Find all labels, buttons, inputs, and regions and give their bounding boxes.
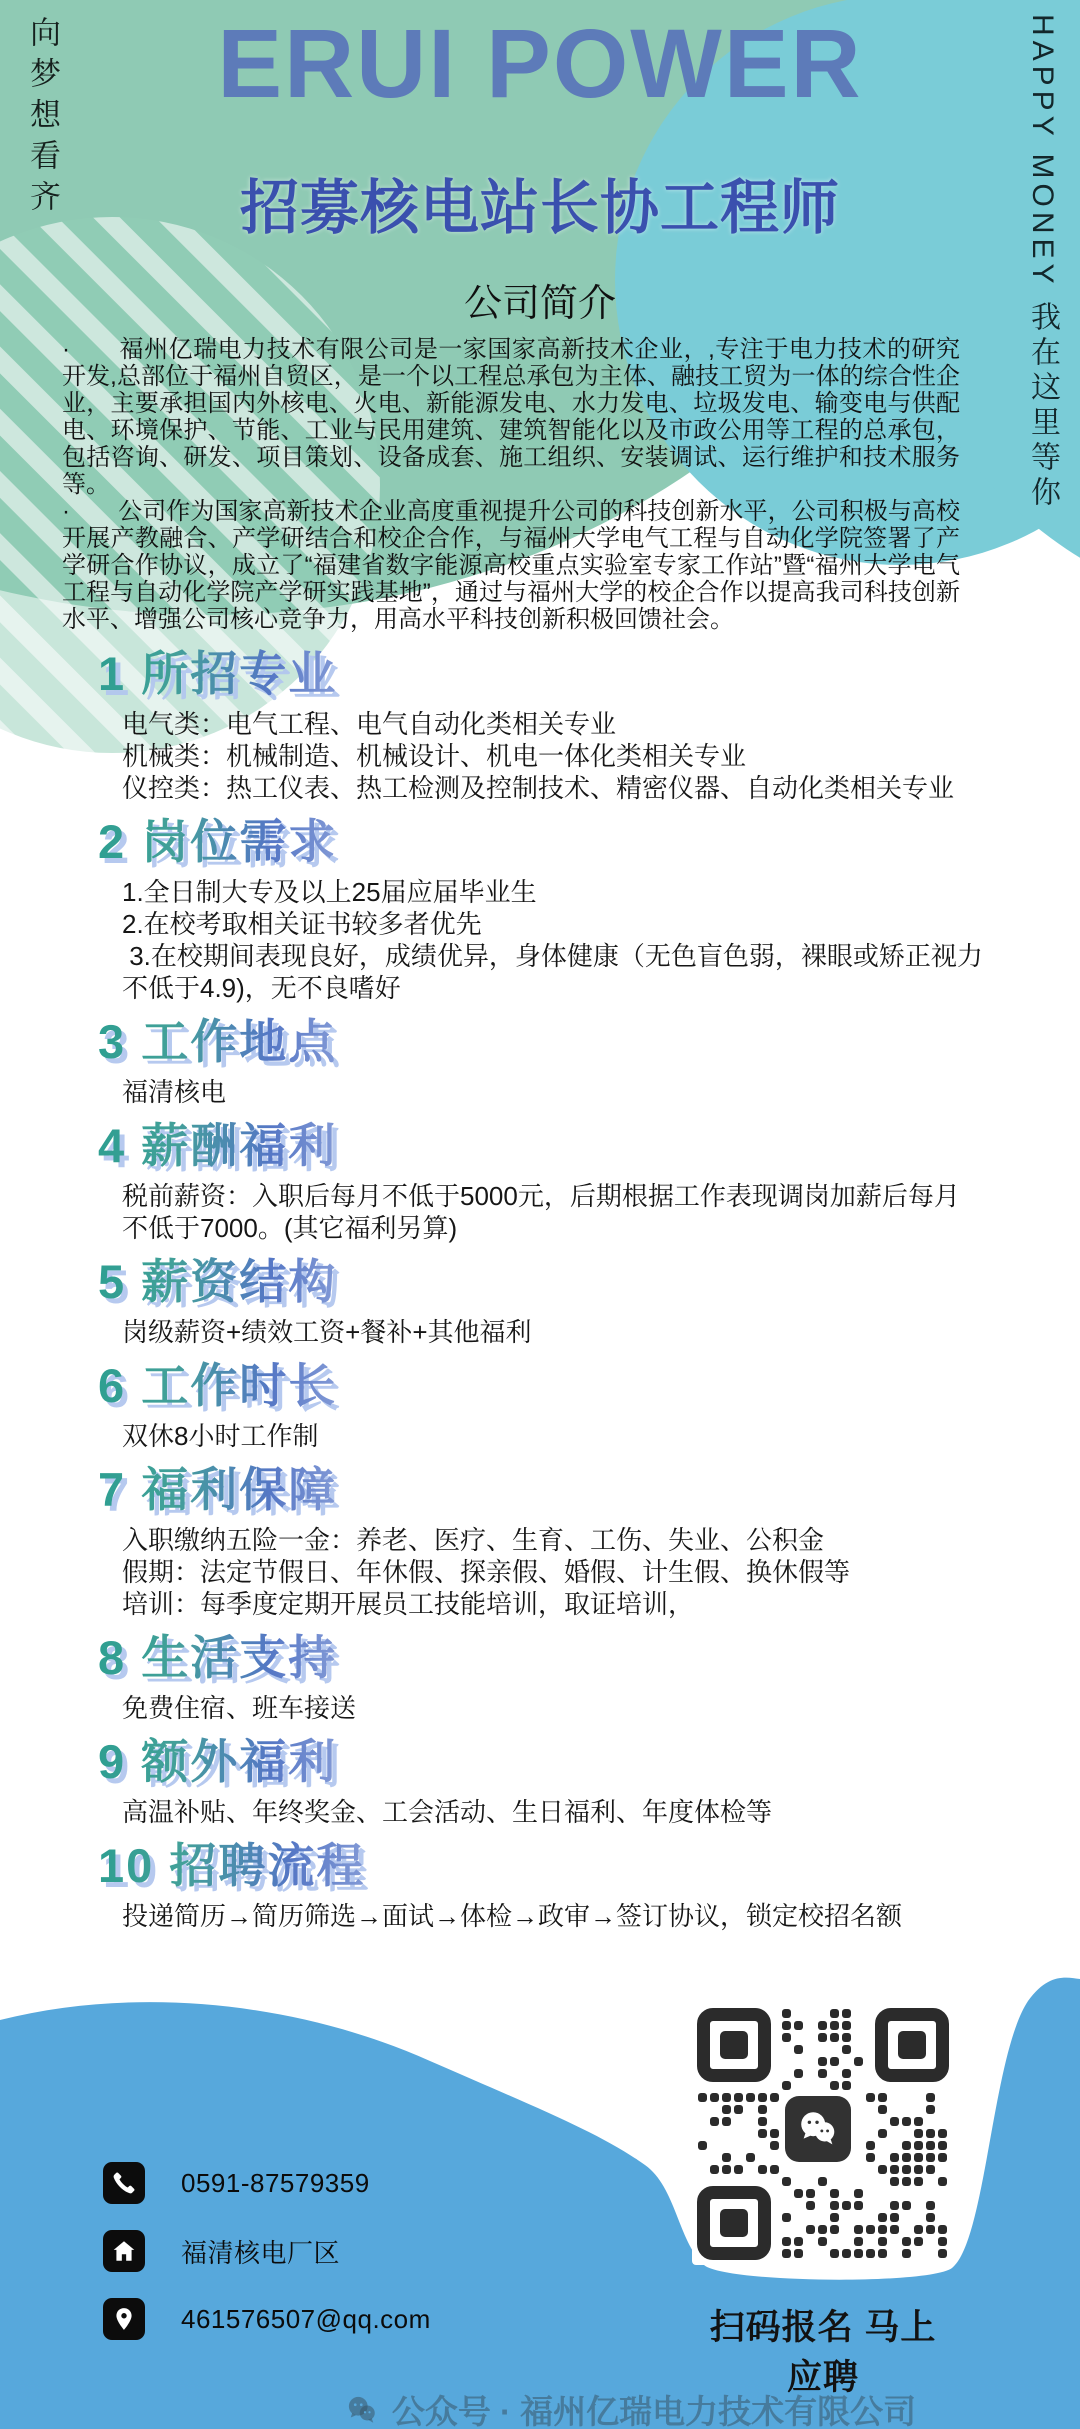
section-heading: 6 工作时长 — [98, 1360, 337, 1412]
section-9: 9 额外福利高温补贴、年终奖金、工会活动、生日福利、年度体检等 — [98, 1736, 984, 1828]
section-2: 2 岗位需求1.全日制大专及以上25届应届毕业生2.在校考取相关证书较多者优先 … — [98, 816, 984, 1004]
section-3: 3 工作地点福清核电 — [98, 1016, 984, 1108]
section-heading: 10 招聘流程 — [98, 1840, 365, 1892]
section-line: 岗级薪资+绩效工资+餐补+其他福利 — [122, 1316, 984, 1348]
section-line: 仪控类：热工仪表、热工检测及控制技术、精密仪器、自动化类相关专业 — [122, 772, 984, 804]
intro-paragraph: · 福州亿瑞电力技术有限公司是一家国家高新技术企业，,专注于电力技术的研究开发,… — [62, 336, 960, 498]
section-line: 3.在校期间表现良好，成绩优异，身体健康（无色盲色弱，裸眼或矫正视力不低于4.9… — [122, 940, 984, 1004]
contact-row-email[interactable]: 461576507@qq.com — [103, 2298, 431, 2340]
section-line: 高温补贴、年终奖金、工会活动、生日福利、年度体检等 — [122, 1796, 984, 1828]
section-line: 福清核电 — [122, 1076, 984, 1108]
email-text: 461576507@qq.com — [181, 2304, 431, 2335]
section-heading: 8 生活支持 — [98, 1632, 337, 1684]
sections-list: 1 所招专业电气类：电气工程、电气自动化类相关专业机械类：机械制造、机械设计、机… — [98, 648, 984, 1932]
section-line: 假期：法定节假日、年休假、探亲假、婚假、计生假、换休假等 — [122, 1556, 984, 1588]
company-logo-title: ERUI POWER — [0, 8, 1080, 120]
section-4: 4 薪酬福利税前薪资：入职后每月不低于5000元，后期根据工作表现调岗加薪后每月… — [98, 1120, 984, 1244]
company-intro-heading: 公司简介 — [0, 272, 1080, 327]
signup-qr-code[interactable] — [692, 2003, 954, 2265]
intro-paragraph: · 公司作为国家高新技术企业高度重视提升公司的科技创新水平，公司积极与高校开展产… — [62, 498, 960, 633]
recruit-subtitle: 招募核电站长协工程师 — [0, 160, 1080, 245]
section-line: 2.在校考取相关证书较多者优先 — [122, 908, 984, 940]
contact-row-phone[interactable]: 0591-87579359 — [103, 2162, 370, 2204]
section-heading: 5 薪资结构 — [98, 1256, 337, 1308]
qr-finder-top-right — [875, 2008, 949, 2082]
company-intro-text: · 福州亿瑞电力技术有限公司是一家国家高新技术企业，,专注于电力技术的研究开发,… — [62, 336, 960, 633]
official-account-text: 公众号 · 福州亿瑞电力技术有限公司 — [392, 2386, 916, 2429]
section-heading: 1 所招专业 — [98, 648, 337, 700]
wechat-icon — [785, 2096, 851, 2162]
address-text: 福清核电厂区 — [181, 2233, 340, 2270]
phone-number: 0591-87579359 — [181, 2168, 370, 2199]
phone-icon — [103, 2162, 145, 2204]
qr-finder-bottom-left — [697, 2186, 771, 2260]
section-line: 税前薪资：入职后每月不低于5000元，后期根据工作表现调岗加薪后每月不低于700… — [122, 1180, 984, 1244]
section-line: 投递简历→简历筛选→面试→体检→政审→签订协议，锁定校招名额 — [122, 1900, 984, 1932]
qr-caption: 扫码报名 马上应聘 — [692, 2300, 954, 2400]
section-line: 1.全日制大专及以上25届应届毕业生 — [122, 876, 984, 908]
section-6: 6 工作时长双休8小时工作制 — [98, 1360, 984, 1452]
home-icon — [103, 2230, 145, 2272]
section-1: 1 所招专业电气类：电气工程、电气自动化类相关专业机械类：机械制造、机械设计、机… — [98, 648, 984, 804]
location-icon — [103, 2298, 145, 2340]
section-heading: 3 工作地点 — [98, 1016, 337, 1068]
section-line: 入职缴纳五险一金：养老、医疗、生育、工伤、失业、公积金 — [122, 1524, 984, 1556]
contact-row-address[interactable]: 福清核电厂区 — [103, 2230, 340, 2272]
section-heading: 2 岗位需求 — [98, 816, 337, 868]
wechat-footer-icon — [344, 2392, 380, 2428]
section-line: 机械类：机械制造、机械设计、机电一体化类相关专业 — [122, 740, 984, 772]
recruitment-poster: 向梦想看齐 HAPPY MONEY 我在这里等你 ERUI POWER 招募核电… — [0, 0, 1080, 2429]
section-line: 培训：每季度定期开展员工技能培训，取证培训， — [122, 1588, 984, 1620]
official-account-line: 公众号 · 福州亿瑞电力技术有限公司 — [0, 2386, 1080, 2429]
section-line: 免费住宿、班车接送 — [122, 1692, 984, 1724]
section-line: 电气类：电气工程、电气自动化类相关专业 — [122, 708, 984, 740]
section-8: 8 生活支持免费住宿、班车接送 — [98, 1632, 984, 1724]
section-heading: 9 额外福利 — [98, 1736, 337, 1788]
section-line: 双休8小时工作制 — [122, 1420, 984, 1452]
qr-finder-top-left — [697, 2008, 771, 2082]
section-7: 7 福利保障入职缴纳五险一金：养老、医疗、生育、工伤、失业、公积金假期：法定节假… — [98, 1464, 984, 1620]
section-heading: 4 薪酬福利 — [98, 1120, 337, 1172]
section-10: 10 招聘流程投递简历→简历筛选→面试→体检→政审→签订协议，锁定校招名额 — [98, 1840, 984, 1932]
section-heading: 7 福利保障 — [98, 1464, 337, 1516]
section-5: 5 薪资结构岗级薪资+绩效工资+餐补+其他福利 — [98, 1256, 984, 1348]
